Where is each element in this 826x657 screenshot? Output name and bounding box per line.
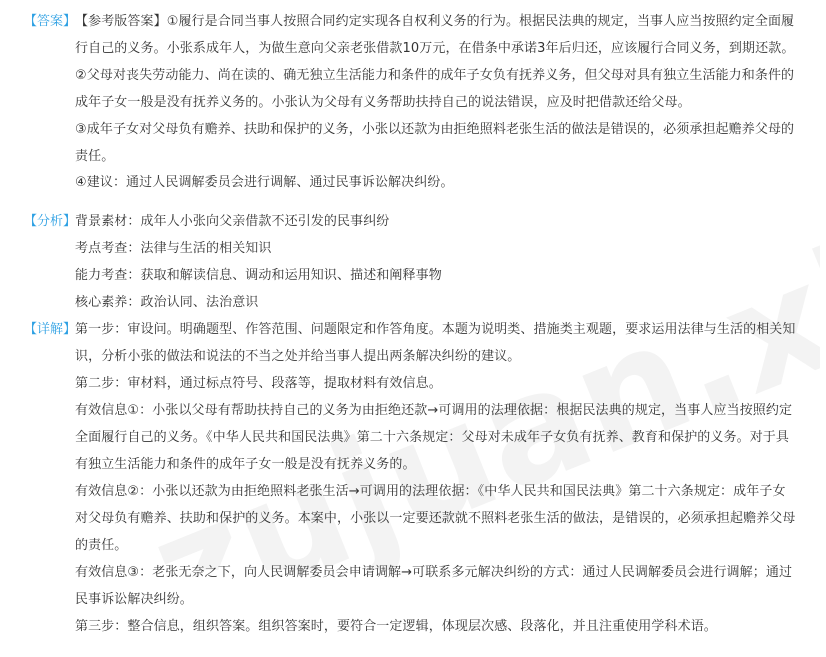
analysis-line: 核心素养：政治认同、法治意识: [75, 291, 258, 310]
analysis-tag: 【分析】: [24, 210, 76, 229]
analysis-line: 考点考查：法律与生活的相关知识: [75, 237, 272, 256]
detail-line: 民事诉讼解决纠纷。: [75, 588, 193, 607]
answer-line: ④建议：通过人民调解委员会进行调解、通过民事诉讼解决纠纷。: [75, 171, 454, 190]
detail-line: 第二步：审材料，通过标点符号、段落等，提取材料有效信息。: [75, 372, 442, 391]
detail-line: 识，分析小张的做法和说法的不当之处并给当事人提出两条解决纠纷的建议。: [75, 345, 520, 364]
detail-line: 有效信息①：小张以父母有帮助扶持自己的义务为由拒绝还款→可调用的法理依据：根据民…: [75, 399, 792, 418]
answer-line: ②父母对丧失劳动能力、尚在读的、确无独立生活能力和条件的成年子女负有抚养义务，但…: [75, 64, 794, 83]
analysis-line: 背景素材：成年人小张向父亲借款不还引发的民事纠纷: [75, 210, 389, 229]
answer-line: 行自己的义务。小张系成年人，为做生意向父亲老张借款10万元，在借条中承诺3年后归…: [75, 37, 794, 56]
detail-line: 的责任。: [75, 534, 127, 553]
detail-line: 有效信息③：老张无奈之下，向人民调解委员会申请调解→可联系多元解决纠纷的方式：通…: [75, 561, 792, 580]
answer-line: ③成年子女对父母负有赡养、扶助和保护的义务，小张以还款为由拒绝照料老张生活的做法…: [75, 118, 794, 137]
answer-line: 【参考版答案】①履行是合同当事人按照合同约定实现各自权利义务的行为。根据民法典的…: [75, 10, 794, 29]
detail-line: 第三步：整合信息，组织答案。组织答案时，要符合一定逻辑，体现层次感、段落化，并且…: [75, 615, 717, 634]
answer-line: 成年子女一般是没有抚养义务的。小张认为父母有义务帮助扶持自己的说法错误，应及时把…: [75, 91, 691, 110]
detail-line: 有独立生活能力和条件的成年子女一般是没有抚养义务的。: [75, 453, 416, 472]
answer-line: 责任。: [75, 145, 114, 164]
detail-line: 第一步：审设问。明确题型、作答范围、问题限定和作答角度。本题为说明类、措施类主观…: [75, 318, 796, 337]
detail-tag: 【详解】: [24, 318, 76, 337]
analysis-line: 能力考查：获取和解读信息、调动和运用知识、描述和阐释事物: [75, 264, 442, 283]
detail-line: 全面履行自己的义务。《中华人民共和国民法典》第二十六条规定：父母对未成年子女负有…: [75, 426, 789, 445]
answer-tag: 【答案】: [24, 10, 76, 29]
detail-line: 对父母负有赡养、扶助和保护的义务。本案中，小张以一定要还款就不照料老张生活的做法…: [75, 507, 796, 526]
detail-line: 有效信息②：小张以还款为由拒绝照料老张生活→可调用的法理依据：《中华人民共和国民…: [75, 480, 786, 499]
